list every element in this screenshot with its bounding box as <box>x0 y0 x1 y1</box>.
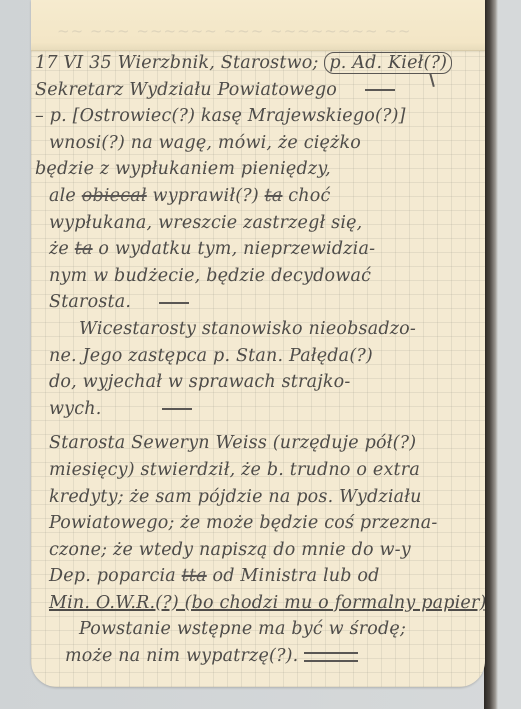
entry-line-18: Powiatowego; że może będzie coś przezna- <box>35 510 479 537</box>
entry-line-20: Dep. poparcia tta od Ministra lub od <box>35 563 479 590</box>
entry-line-text: nym w budżecie, będzie decydować <box>49 266 371 286</box>
entry-line-text: kredyty; że sam pójdzie na pos. Wydziału <box>49 487 422 507</box>
entry-line-text: Powiatowego; że może będzie coś przezna- <box>49 513 437 533</box>
end-flourish-mark <box>304 652 358 662</box>
handwritten-entry: 17 VI 35 Wierzbnik, Starostwo; p. Ad. Ki… <box>35 50 479 670</box>
entry-line-text: wyprawił(?) <box>147 186 265 206</box>
entry-line-text: o wydatku tym, nieprzewidzia- <box>93 239 376 259</box>
scanned-notebook-photo: ~~ ~~~ ~~~~~~ ~~~ ~~~~~~~~ ~~ 17 VI 35 W… <box>0 0 521 709</box>
struck-word: tta <box>182 566 207 586</box>
entry-line-10: Starosta. <box>35 289 479 316</box>
dash-mark <box>365 89 395 91</box>
entry-line-text: wych. <box>49 399 102 419</box>
entry-line-5: będzie z wypłukaniem pieniędzy, <box>35 156 479 183</box>
entry-line-text: Powstanie wstępne ma być w środę; <box>79 619 406 639</box>
entry-line-text: Min. O.W.R.(?) (bo chodzi mu o formalny … <box>49 593 485 613</box>
entry-line-21: Min. O.W.R.(?) (bo chodzi mu o formalny … <box>35 590 479 617</box>
entry-line-text: że <box>49 239 75 259</box>
entry-line-7: wypłukana, wreszcie zastrzegł się, <box>35 210 479 237</box>
entry-line-14: wych. <box>35 396 479 423</box>
callout-name: p. Ad. Kieł(?) <box>329 53 447 73</box>
entry-line-text: może na nim wypatrzę(?). <box>65 646 298 666</box>
entry-line-11: Wicestarosty stanowisko nieobsadzo- <box>35 316 479 343</box>
entry-line-12: ne. Jego zastępca p. Stan. Pałęda(?) <box>35 343 479 370</box>
entry-line-text: Starosta Seweryn Weiss (urzęduje pół(?) <box>49 433 416 453</box>
entry-line-15: Starosta Seweryn Weiss (urzęduje pół(?) <box>35 430 479 457</box>
previous-page-flap: ~~ ~~~ ~~~~~~ ~~~ ~~~~~~~~ ~~ <box>31 0 485 51</box>
entry-line-6: ale obiecał wyprawił(?) ta choć <box>35 183 479 210</box>
entry-line-19: czone; że wtedy napiszą do mnie do w-y <box>35 537 479 564</box>
struck-word: ta <box>265 186 283 206</box>
entry-line-13: do, wyjechał w sprawach strajko- <box>35 369 479 396</box>
entry-line-text: czone; że wtedy napiszą do mnie do w-y <box>49 540 411 560</box>
entry-line-text: wnosi(?) na wagę, mówi, że ciężko <box>49 133 361 153</box>
notebook-page: ~~ ~~~ ~~~~~~ ~~~ ~~~~~~~~ ~~ 17 VI 35 W… <box>31 0 485 687</box>
entry-line-text: choć <box>283 186 331 206</box>
entry-line-2: Sekretarz Wydziału Powiatowego <box>35 77 479 104</box>
entry-line-23: może na nim wypatrzę(?). <box>35 643 479 670</box>
entry-line-17: kredyty; że sam pójdzie na pos. Wydziału <box>35 484 479 511</box>
entry-line-text: Sekretarz Wydziału Powiatowego <box>35 80 337 100</box>
struck-word: ta <box>75 239 93 259</box>
section-separator <box>162 408 192 410</box>
section-separator <box>159 302 189 304</box>
entry-line-4: wnosi(?) na wagę, mówi, że ciężko <box>35 130 479 157</box>
entry-line-text: Starosta. <box>49 292 131 312</box>
entry-line-text: od Ministra lub od <box>207 566 380 586</box>
entry-line-text: będzie z wypłukaniem pieniędzy, <box>35 159 331 179</box>
entry-line-text: ale <box>49 186 82 206</box>
entry-line-text: Dep. poparcia <box>49 566 182 586</box>
entry-line-text: ne. Jego zastępca p. Stan. Pałęda(?) <box>49 346 373 366</box>
entry-line-1: 17 VI 35 Wierzbnik, Starostwo; p. Ad. Ki… <box>35 50 479 77</box>
name-callout-bubble: p. Ad. Kieł(?) <box>324 52 452 74</box>
entry-line-text: – p. [Ostrowiec(?) kasę Mrajewskiego(?)] <box>35 106 406 126</box>
entry-line-3: – p. [Ostrowiec(?) kasę Mrajewskiego(?)] <box>35 103 479 130</box>
struck-word: obiecał <box>82 186 147 206</box>
entry-date: 17 VI 35 <box>35 53 112 73</box>
entry-line-text: wypłukana, wreszcie zastrzegł się, <box>49 213 362 233</box>
entry-place: Wierzbnik, Starostwo; <box>118 53 319 73</box>
entry-line-22: Powstanie wstępne ma być w środę; <box>35 616 479 643</box>
notebook-spine-shadow <box>484 0 498 709</box>
entry-line-16: miesięcy) stwierdził, że b. trudno o ext… <box>35 457 479 484</box>
entry-line-text: Wicestarosty stanowisko nieobsadzo- <box>79 319 416 339</box>
entry-line-8: że ta o wydatku tym, nieprzewidzia- <box>35 236 479 263</box>
entry-line-9: nym w budżecie, będzie decydować <box>35 263 479 290</box>
entry-line-text: miesięcy) stwierdził, że b. trudno o ext… <box>49 460 420 480</box>
entry-line-text: do, wyjechał w sprawach strajko- <box>49 372 351 392</box>
show-through-text: ~~ ~~~ ~~~~~~ ~~~ ~~~~~~~~ ~~ <box>57 22 411 40</box>
